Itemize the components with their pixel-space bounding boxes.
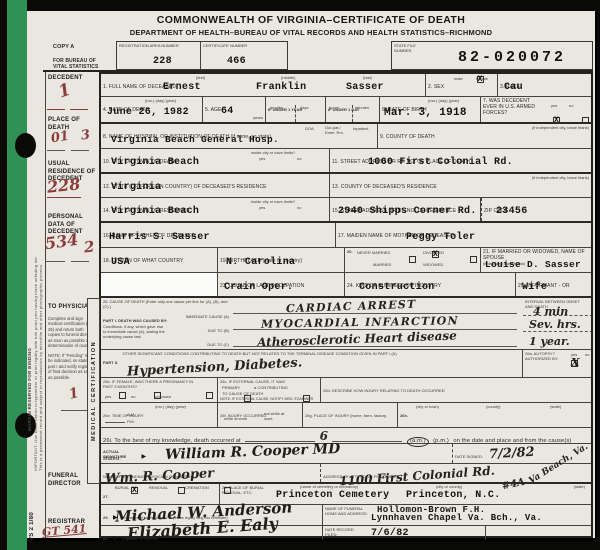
disposition-num: 27. xyxy=(103,494,109,499)
injury-time-label: 26e. TIME OF INJURY xyxy=(103,413,144,418)
city-res-no-label: no xyxy=(297,205,301,210)
certificate-form: MEDICAL CERTIFICATION 1. FULL NAME OF DE… xyxy=(99,72,593,538)
autopsy-label: 26a. AUTOPSY? AUTHORIZED BY: xyxy=(525,351,571,361)
row-registrar: 30. (Signature of registrar) Elizabeth E… xyxy=(101,526,591,540)
cause-part1-label: PART I. DEATH WAS CAUSED BY: xyxy=(103,318,167,323)
red-mark-physician: 1 xyxy=(67,386,80,402)
county-res-label: 13. COUNTY OF DECEASED'S RESIDENCE xyxy=(332,184,437,190)
cause-due-c-label: DUE TO (C) xyxy=(207,342,229,347)
burial-cemetery-sub: (name of cemetery or crematory) xyxy=(300,484,358,489)
date-signed-value: 7/2/82 xyxy=(489,446,535,461)
street-death-value: 1060 First Colonial Rd. xyxy=(368,158,513,168)
row-cause-of-death: 26. CAUSE OF DEATH (Enter only one cause… xyxy=(101,298,591,350)
marital-widowed-label: WIDOWED xyxy=(423,262,443,267)
name-sub-last: (last) xyxy=(363,75,372,80)
county-death-note: (if independent city, leave blank) xyxy=(532,125,589,130)
spouse-value: Louise D. Sasser xyxy=(485,260,581,270)
actual-signature-label: ACTUAL SIGNATURE xyxy=(103,449,137,459)
injury-loc-city: (city or town) xyxy=(416,404,439,409)
medical-certification-strip: MEDICAL CERTIFICATION xyxy=(87,298,100,484)
row-hospital: 8. NAME OF HOSPITAL OR INSTITUTION OF DE… xyxy=(101,124,591,149)
under-year-days: days xyxy=(300,105,308,110)
row-injury: 26e. TIME OF INJURY (mo.) (day) (year) A… xyxy=(101,403,591,428)
mother-value: Peggy Toler xyxy=(406,233,475,243)
red-mark-residence: 228 xyxy=(46,176,81,195)
red-mark-registrar: GT 541 xyxy=(42,523,87,538)
burial-checkbox xyxy=(131,487,138,494)
binder-hole-top xyxy=(15,133,36,158)
red-mark-personal-2: 2 xyxy=(83,239,95,255)
row-disposition: 27. BURIAL REMOVAL CREMATION 28. PLACE O… xyxy=(101,484,591,505)
interval-line xyxy=(523,315,591,316)
row-pregnancy-external: 26b. IF FEMALE, WAS THERE A PREGNANCY IN… xyxy=(101,378,591,403)
margin-rule xyxy=(45,72,46,538)
important-note-2: This is a permanent record and subject t… xyxy=(39,71,43,471)
scanned-death-certificate: COMMONWEALTH OF VIRGINIA–CERTIFICATE OF … xyxy=(0,0,600,550)
city-death-no-label: no xyxy=(297,156,301,161)
director-num: 29. xyxy=(103,515,109,520)
red-mark-pod-1: 01 xyxy=(50,130,70,146)
name-last: Sasser xyxy=(346,83,384,93)
informant-value: Wife xyxy=(522,283,547,293)
funeral-home-address: Lynnhaven Chapel Va. Bch., Va. xyxy=(371,514,542,523)
mark-underline xyxy=(70,109,88,110)
marital-num: 20. xyxy=(347,249,353,254)
interval-line xyxy=(523,331,591,332)
burial-city-sub: (city or county) xyxy=(436,484,462,489)
arrow-icon xyxy=(141,445,146,462)
part2-value: Hypertension, Diabetes. xyxy=(127,356,303,377)
burial-city-value: Princeton, N.C. xyxy=(406,491,501,501)
under-day-minutes: minutes xyxy=(355,105,369,110)
under-day-hours: hours xyxy=(329,105,339,110)
injury-time-pm: P.M. xyxy=(127,419,135,424)
hospital-doa-label: DOA xyxy=(305,126,314,131)
death-date-sub: (mo.) (day) (year) xyxy=(145,98,176,103)
binder-hole-bottom xyxy=(15,413,36,438)
registrar-num: 30. xyxy=(103,536,109,541)
armed-forces-label: 7. WAS DECEDENT EVER IN U.S. ARMED FORCE… xyxy=(483,98,545,116)
binding-green-edge xyxy=(7,0,27,550)
hospital-value: Virginia Beach General Hosp. xyxy=(111,135,279,145)
certificate-number-value: 466 xyxy=(227,57,246,67)
empty-cell xyxy=(486,526,591,540)
pregnancy-label: 26b. IF FEMALE, WAS THERE A PREGNANCY IN… xyxy=(103,379,199,389)
city-res-limits-label: inside city or town limits? xyxy=(251,199,321,204)
forces-no-label: no xyxy=(569,103,573,108)
hospital-er-label: Out-pat./ Emer. Rm. xyxy=(325,125,347,135)
pregnancy-yes-checkbox xyxy=(119,392,126,399)
row-city-of-death: 10. CITY OR TOWN OF DEATH Virginia Beach… xyxy=(101,149,591,174)
part2-label: PART II. xyxy=(103,360,118,365)
forces-yes-checkbox xyxy=(553,117,560,122)
burial-label: BURIAL xyxy=(115,485,129,490)
date-signed-label: DATE SIGNED: xyxy=(455,454,483,459)
state-file-box: STATE FILE NUMBER 82-020072 xyxy=(391,41,593,70)
birth-date-sub: (mo.) (day) (year) xyxy=(428,98,459,103)
external-primary-label: PRIMARY xyxy=(222,385,240,390)
row-part2-autopsy: PART II. OTHER SIGNIFICANT CONDITIONS CO… xyxy=(101,350,591,378)
injury-occ-notwhile-label: not while at work xyxy=(264,411,290,421)
certificate-title: COMMONWEALTH OF VIRGINIA–CERTIFICATE OF … xyxy=(27,15,595,26)
registration-area-label: REGISTRATION AREA NUMBER xyxy=(119,43,179,48)
burial-place-value: Princeton Cemetery xyxy=(276,491,389,501)
cause-a-value: CARDIAC ARREST xyxy=(286,299,417,315)
name-middle: Franklin xyxy=(256,83,306,93)
important-note-1: IMPORTANT: Use black ribbon in typewrite… xyxy=(34,71,38,471)
cause-due-b-label: DUE TO (B) xyxy=(208,328,229,333)
removal-label: REMOVAL xyxy=(149,485,168,490)
mark-underline xyxy=(47,150,65,151)
red-mark-decedent: 1 xyxy=(57,82,74,102)
injury-occ-while-label: while at work xyxy=(224,416,250,421)
birthplace-value: N. Carolina xyxy=(226,258,295,268)
marital-divorced-checkbox xyxy=(470,256,477,263)
mark-underline xyxy=(71,150,89,151)
burial-place-label: 28. PLACE OF BURIAL REMOVAL, ETC. xyxy=(222,485,266,495)
binding-margin-note: MARGIN RESERVED FOR BINDING xyxy=(28,91,33,431)
injury-place-label: 26g. PLACE OF INJURY (home, farm, factor… xyxy=(305,413,387,427)
external-label: 26c. IF EXTERNAL CAUSE, IT WAS xyxy=(220,379,318,384)
cause-line xyxy=(233,346,517,347)
city-death-value: Virginia Beach xyxy=(111,158,199,168)
cause-line xyxy=(233,313,517,314)
row-dates: 4. DATE OF DEATH (mo.) (day) (year) June… xyxy=(101,97,591,124)
cause-line xyxy=(233,329,517,330)
date-filed-value: 7/6/82 xyxy=(371,529,409,539)
injury-time-sub: (mo.) (day) (year) xyxy=(155,404,186,409)
pregnancy-unknown-label: unknown xyxy=(155,394,171,399)
bureau-label: FOR BUREAU OF VITAL STATISTICS xyxy=(53,58,105,70)
whited-out-field xyxy=(101,273,218,296)
age-value: 64 xyxy=(221,107,234,117)
external-tail: TO CAUSE OF DEATH xyxy=(222,391,263,396)
citizen-value: USA xyxy=(111,258,130,268)
city-death-limits-label: inside city or town limits? xyxy=(251,150,321,155)
marital-married-checkbox xyxy=(432,251,439,258)
mark-underline xyxy=(61,410,87,411)
age-label: 5. AGE xyxy=(205,107,221,113)
interval-c-value: 1 year. xyxy=(529,336,570,347)
birth-date-value: Mar. 3, 1918 xyxy=(384,108,467,119)
cause-conditions-note: Conditions, if any, which gave rise to i… xyxy=(103,324,167,339)
row-name-sex-race: 1. FULL NAME OF DECEASED (first) (middle… xyxy=(101,74,591,97)
copy-label: COPY A xyxy=(53,44,74,51)
certificate-number-label: CERTIFICATE NUMBER xyxy=(203,43,253,48)
sex-male-label: male xyxy=(454,76,463,81)
date-filed-label: DATE RECORD FILED: xyxy=(325,527,359,537)
external-note: NOTE: IF EXTERNAL CAUSE, NOTIFY MED. EXA… xyxy=(220,397,318,401)
forces-yes-label: yes xyxy=(551,103,557,108)
name-first: Ernest xyxy=(163,83,201,93)
mark-underline xyxy=(45,261,65,262)
injury-loc-num: 26h. xyxy=(400,413,408,418)
zip-value: 23456 xyxy=(496,207,528,217)
red-mark-pod-2: 3 xyxy=(80,128,91,142)
removal-checkbox xyxy=(178,487,185,494)
certificate-paper: COMMONWEALTH OF VIRGINIA–CERTIFICATE OF … xyxy=(27,11,595,538)
mark-underline xyxy=(71,261,89,262)
city-death-yes-label: yes xyxy=(259,156,265,161)
section-decedent: DECEDENT xyxy=(48,75,100,83)
row-occupation: 23. USUAL OR LAST OCCUPATION Crain Oper.… xyxy=(101,273,591,298)
forces-no-checkbox xyxy=(582,117,589,122)
injury-time-line xyxy=(105,422,125,423)
certificate-subtitle: DEPARTMENT OF HEALTH–BUREAU OF VITAL REC… xyxy=(27,29,595,37)
cause-label: 26. CAUSE OF DEATH (Enter only one cause… xyxy=(103,299,229,309)
death-date-value: June 26, 1982 xyxy=(107,108,189,118)
occupation-value: Crain Oper. xyxy=(224,283,293,293)
row-attestation: 26i. To the best of my knowledge, death … xyxy=(101,428,591,444)
injury-loc-county: (county) xyxy=(486,404,500,409)
autopsy-no-label: no xyxy=(585,352,589,357)
row-state-residence: 12. STATE (OR FOREIGN COUNTRY) OF DECEAS… xyxy=(101,174,591,198)
race-value: Cau xyxy=(504,83,523,93)
form-number: VS 2 1/80 xyxy=(29,486,35,541)
injury-time-am: A.M. xyxy=(127,412,135,417)
mark-underline xyxy=(47,109,65,110)
county-res-note: (if independent city, leave blank) xyxy=(532,175,589,180)
marital-never-label: NEVER MARRIED xyxy=(357,250,390,255)
injury-desc-label: 26d. DESCRIBE HOW INJURY RELATING TO DEA… xyxy=(323,388,445,393)
industry-value: Construction xyxy=(359,283,435,293)
state-file-label: STATE FILE NUMBER xyxy=(394,43,434,53)
name-sub-first: (first) xyxy=(196,75,205,80)
interval-b-value: Sev. hrs. xyxy=(529,319,581,330)
pregnancy-no-label: no xyxy=(131,394,135,399)
mark-underline xyxy=(47,197,81,198)
row-citizen-marital: 18. CITIZEN OF WHAT COUNTRY USA 19. BIRT… xyxy=(101,248,591,273)
state-file-value: 82-020072 xyxy=(458,50,566,65)
name-sub-middle: (middle) xyxy=(281,75,295,80)
external-contributing-label: a CONTRIBUTING xyxy=(254,385,288,390)
street-res-value: 2940 Shipps Corner Rd. xyxy=(338,207,477,217)
city-res-value: Virginia Beach xyxy=(111,207,199,217)
city-res-yes-label: yes xyxy=(259,205,265,210)
cause-b-value: MYOCARDIAL INFARCTION xyxy=(261,315,459,329)
arrow-icon xyxy=(113,527,118,544)
pregnancy-unknown-checkbox xyxy=(206,392,213,399)
father-value: Harris S. Sasser xyxy=(109,233,210,243)
pregnancy-yes-label: yes xyxy=(105,394,111,399)
marital-never-checkbox xyxy=(409,256,416,263)
cremation-label: CREMATION xyxy=(185,485,209,490)
state-res-value: Virginia xyxy=(111,183,161,193)
red-mark-personal-1: 534 xyxy=(44,232,79,252)
row-city-residence: 14. CITY OR TOWN OF RESIDENCE Virginia B… xyxy=(101,198,591,223)
filing-number-box: REGISTRATION AREA NUMBER 228 CERTIFICATE… xyxy=(116,41,288,70)
burial-hand-note: #4A xyxy=(501,478,526,493)
registration-area-value: 228 xyxy=(153,57,172,67)
autopsy-yes-checkbox xyxy=(571,360,578,367)
sex-male-checkbox xyxy=(477,76,484,83)
cause-immediate-label: IMMEDIATE CAUSE (A) xyxy=(186,314,229,319)
funeral-home-label: NAME OF FUNERAL HOME AND ADDRESS: xyxy=(325,506,369,516)
hospital-inpatient-label: Inpatient xyxy=(353,126,368,131)
marital-married-label: MARRIED xyxy=(373,262,391,267)
burial-state-sub: (state) xyxy=(574,484,585,489)
physician-signature: William R. Cooper MD xyxy=(165,442,341,462)
row-signature: ACTUAL SIGNATURE William R. Cooper MD DA… xyxy=(101,444,591,464)
injury-loc-state: (state) xyxy=(550,404,561,409)
county-death-label: 9. COUNTY OF DEATH xyxy=(380,134,435,140)
row-parents: 16. NAME OF FATHER OF DECEASED Harris S.… xyxy=(101,223,591,248)
age-suffix: years xyxy=(253,115,263,120)
sex-label: 2. SEX xyxy=(428,84,444,90)
under-year-months: months xyxy=(270,105,283,110)
